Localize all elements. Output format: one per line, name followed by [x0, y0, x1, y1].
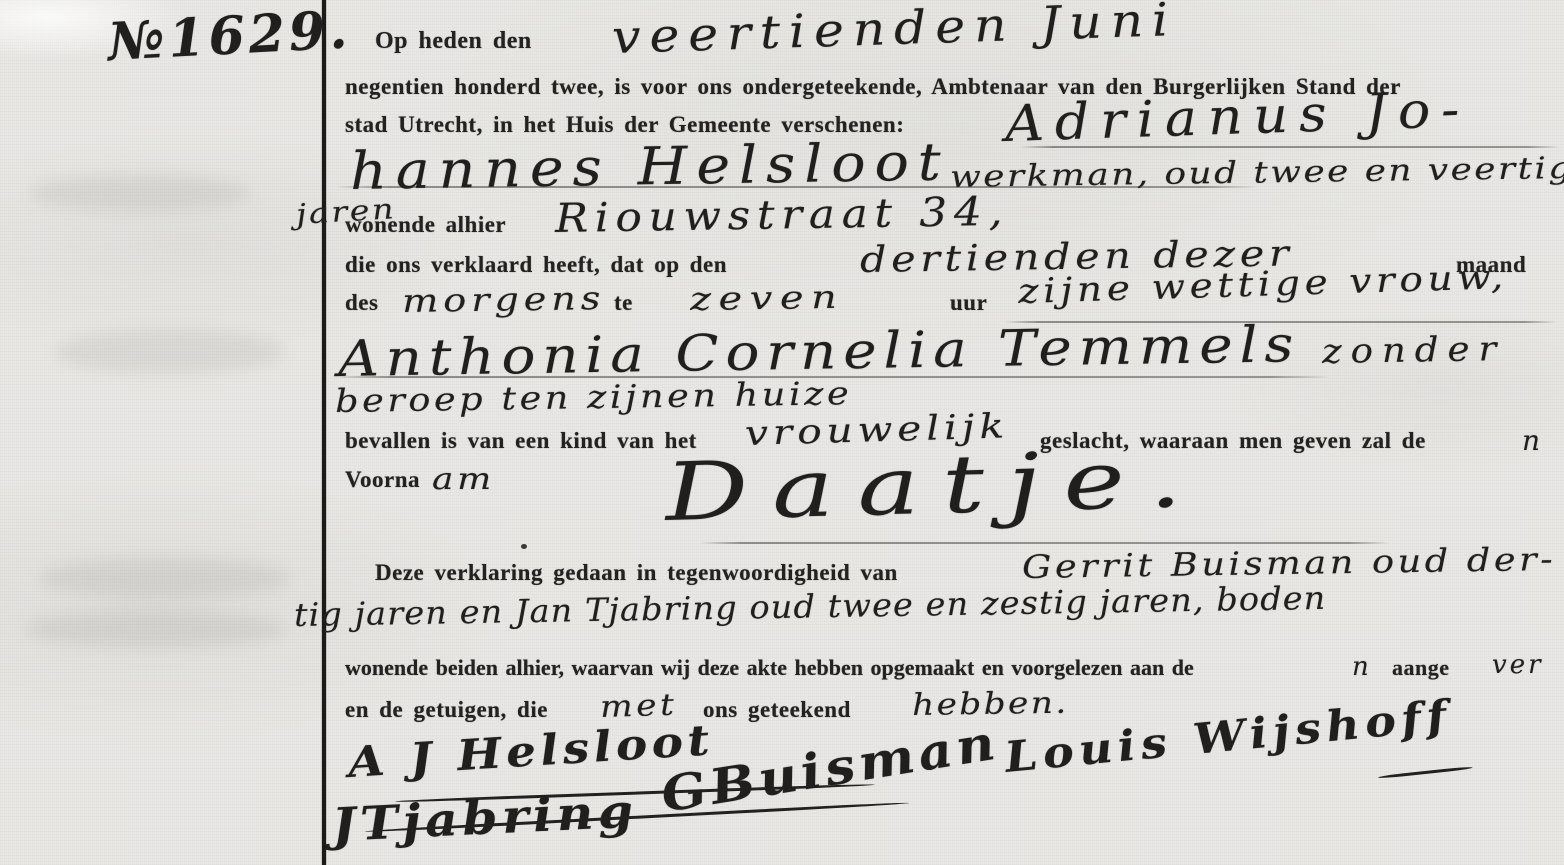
- printed-text: Op heden den: [375, 28, 532, 55]
- handwritten-text: n: [1522, 424, 1540, 457]
- handwritten-date: veertienden Juni: [611, 0, 1178, 64]
- printed-text: des: [345, 290, 378, 316]
- signature-flourish: [1378, 766, 1473, 779]
- printed-text: en de getuigen, die: [345, 697, 548, 723]
- handwritten-text: jaren: [295, 192, 398, 231]
- act-number: №1629.: [106, 0, 352, 73]
- handwritten-hour: zeven: [690, 278, 845, 318]
- printed-text: uur: [950, 290, 987, 316]
- bleed-through-smudge: [25, 610, 285, 648]
- ink-dot: [521, 544, 527, 549]
- birth-certificate-scan: №1629. Op heden den veertienden Juni neg…: [0, 0, 1564, 865]
- handwritten-child-name: Daatje.: [663, 432, 1207, 539]
- printed-text: Voorna: [345, 467, 420, 493]
- handwritten-text: n: [1352, 652, 1369, 682]
- printed-text: wonende beiden alhier, waarvan wij deze …: [345, 655, 1194, 681]
- signature-registrar: Louis Wijshoff: [1002, 690, 1454, 781]
- printed-text: te: [614, 290, 633, 316]
- bleed-through-smudge: [30, 175, 250, 211]
- handwritten-occupation-age: werkman, oud twee en veertig: [950, 151, 1564, 195]
- handwritten-witness: tig jaren en Jan Tjabring oud twee en ze…: [294, 579, 1327, 634]
- handwritten-text: am: [432, 462, 495, 497]
- handwritten-text: zonder: [1322, 329, 1506, 372]
- printed-text: ons geteekend: [703, 697, 851, 723]
- printed-text: Deze verklaring gedaan in tegenwoordighe…: [375, 560, 898, 586]
- bleed-through-smudge: [40, 558, 290, 598]
- printed-text: die ons verklaard heeft, dat op den: [345, 252, 727, 278]
- handwritten-address: Riouwstraat 34,: [555, 189, 1010, 242]
- printed-text: bevallen is van een kind van het: [345, 428, 697, 454]
- bleed-through-smudge: [55, 330, 285, 374]
- printed-text: aange: [1392, 655, 1450, 681]
- margin-divider-line: [322, 0, 326, 865]
- handwritten-text: morgens: [402, 279, 606, 320]
- handwritten-text: ver: [1492, 650, 1544, 680]
